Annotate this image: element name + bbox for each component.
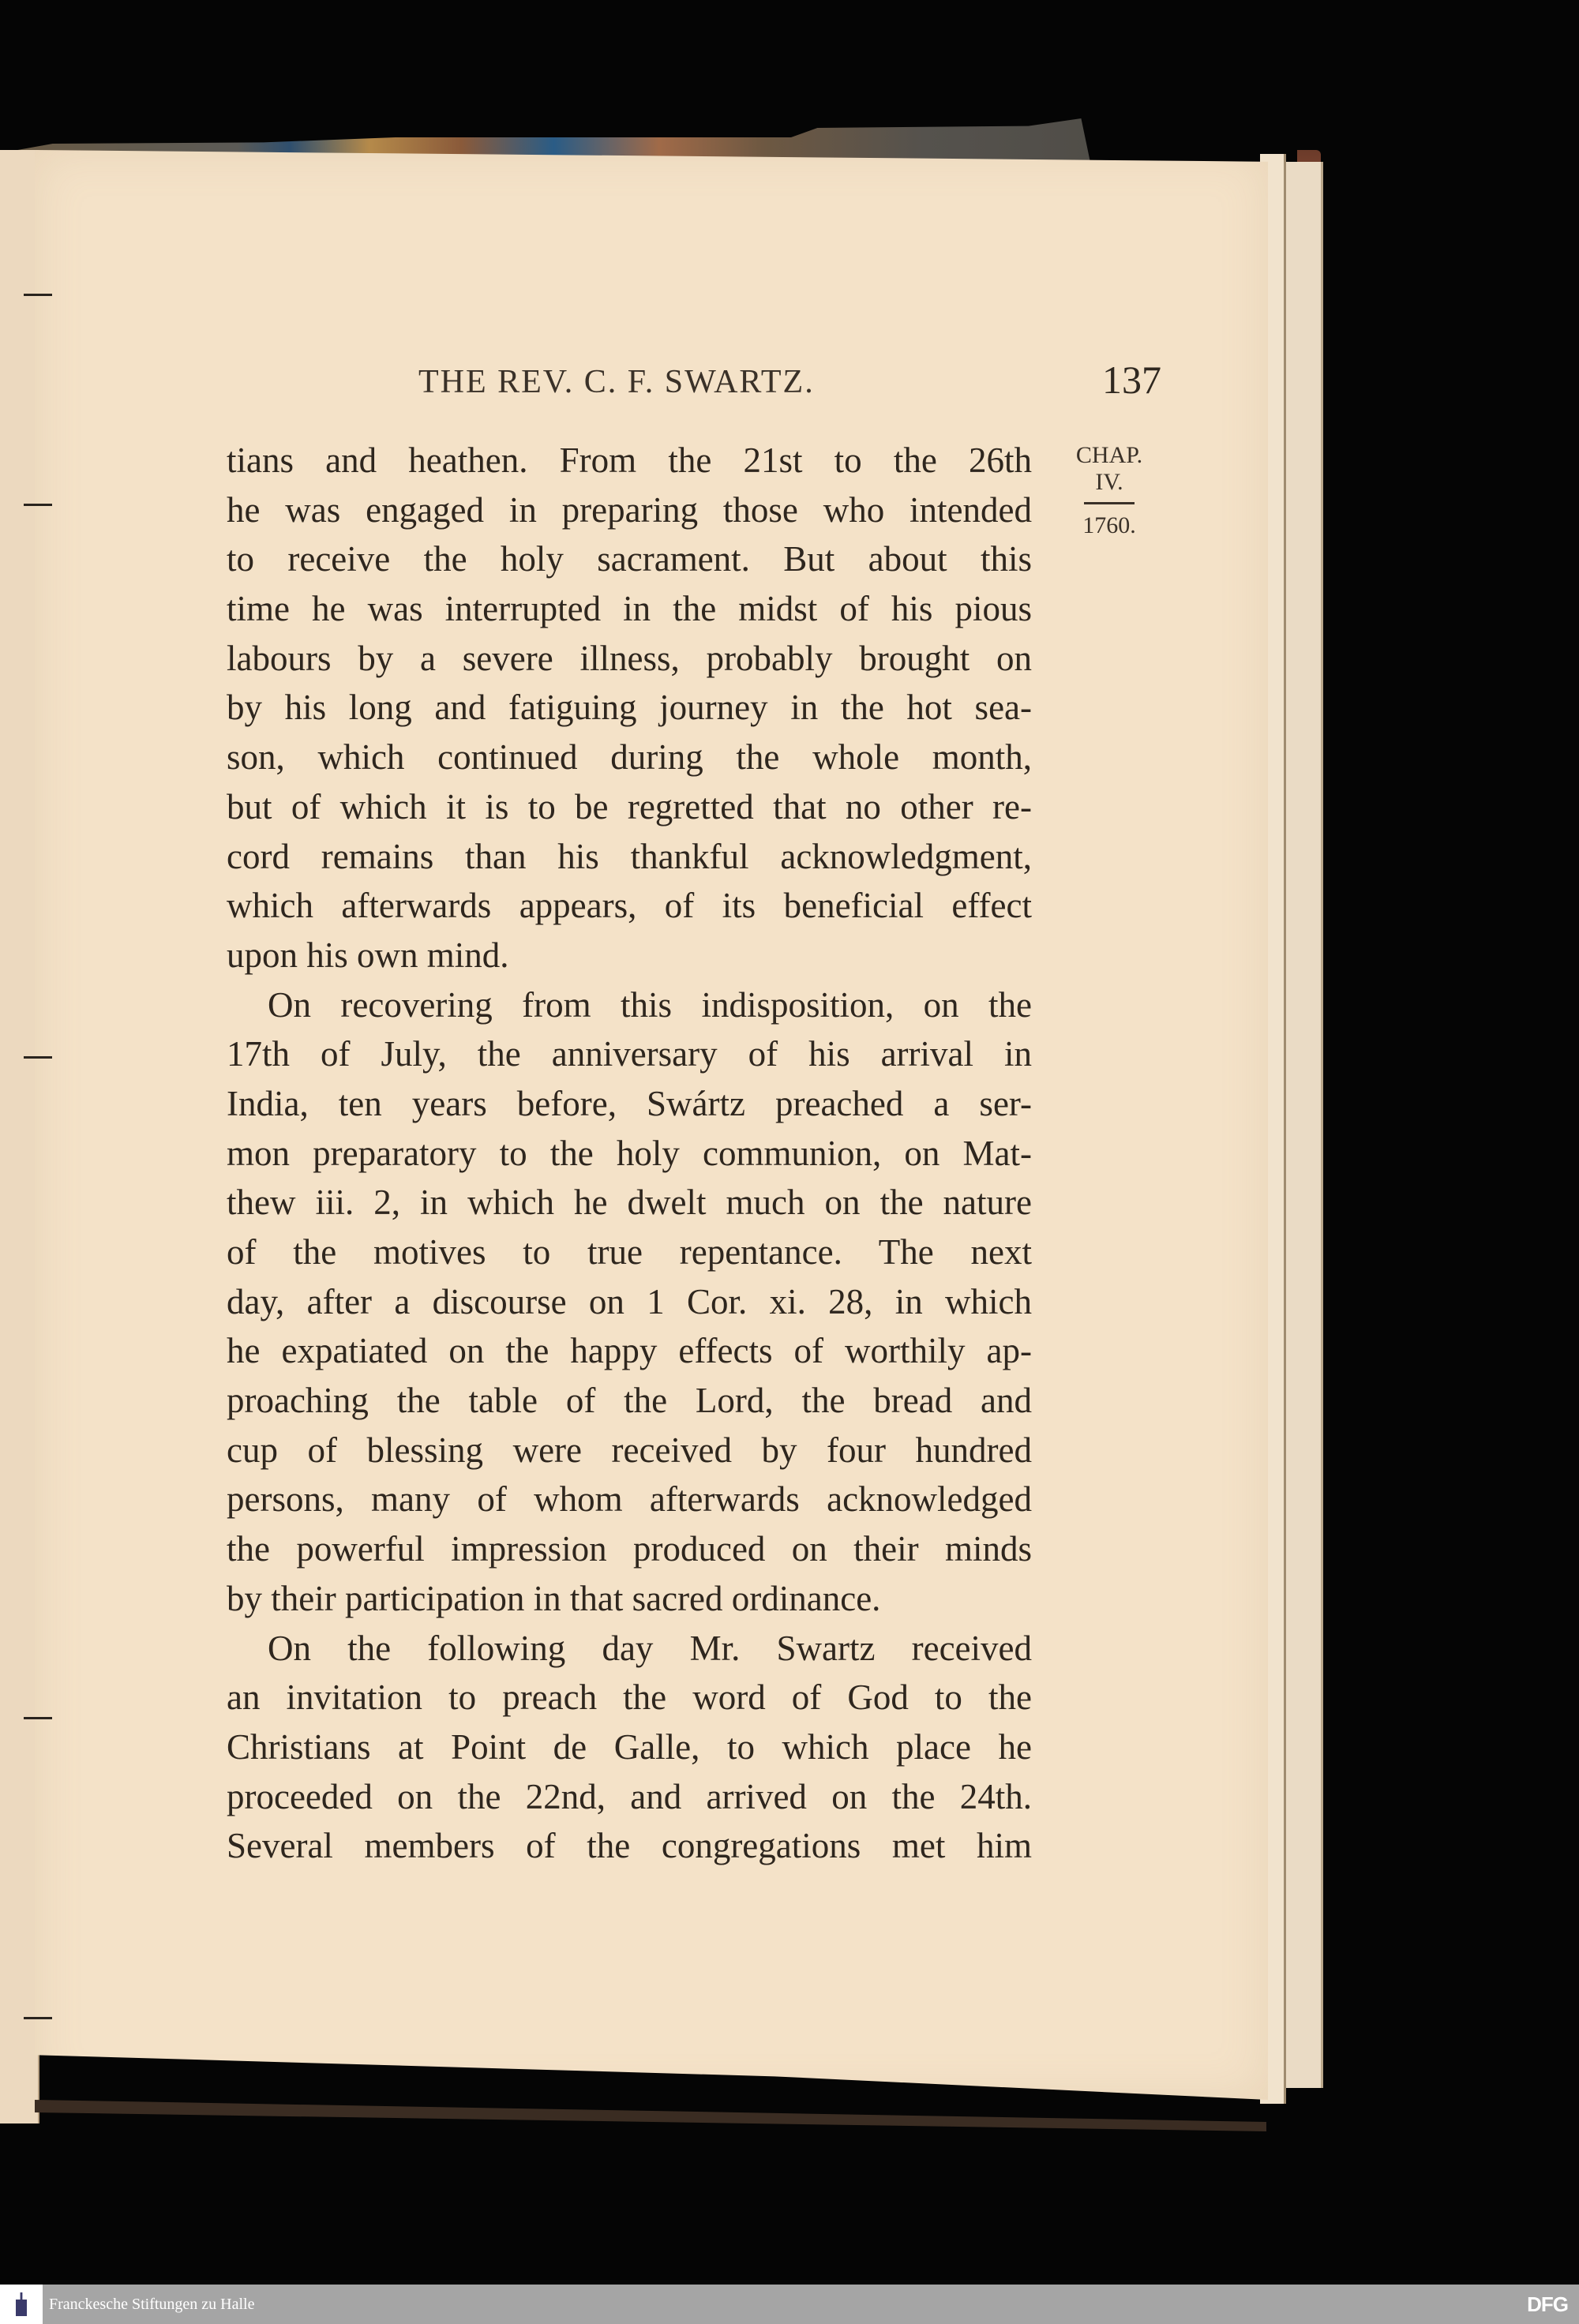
text-line: cup of blessing were received by four hu… [227,1426,1032,1475]
chapter-number: IV. [1058,469,1161,496]
chapter-label: CHAP. [1058,442,1161,469]
binding-stitch [24,2017,52,2019]
margin-rule [1084,502,1135,504]
institution-name[interactable]: Franckesche Stiftungen zu Halle [49,2296,254,2314]
paragraph-start-line: On the following day Mr. Swartz received [227,1624,1032,1674]
text-line: tians and heathen. From the 21st to the … [227,436,1032,485]
text-line: upon his own mind. [227,931,1032,980]
text-line: thew iii. 2, in which he dwelt much on t… [227,1178,1032,1228]
text-line: by their participation in that sacred or… [227,1574,1032,1624]
text-line: proaching the table of the Lord, the bre… [227,1376,1032,1426]
tower-icon [16,2292,27,2316]
text-line: son, which continued during the whole mo… [227,733,1032,782]
text-line: which afterwards appears, of its benefic… [227,881,1032,931]
text-line: time he was interrupted in the midst of … [227,584,1032,634]
text-line: but of which it is to be regretted that … [227,782,1032,832]
text-line: persons, many of whom afterwards acknowl… [227,1475,1032,1524]
binding-stitch [24,1717,52,1719]
dfg-logo-icon[interactable]: DFG [1527,2292,1568,2317]
text-line: cord remains than his thankful acknowled… [227,832,1032,882]
text-line: by his long and fatiguing journey in the… [227,683,1032,733]
margin-year: 1760. [1058,512,1161,539]
binding-stitch [24,504,52,506]
binding-stitch [24,294,52,296]
viewer-footer-bar: Franckesche Stiftungen zu Halle DFG [0,2285,1579,2324]
text-line: he was engaged in preparing those who in… [227,485,1032,535]
paragraph-start-line: On recovering from this indisposition, o… [227,980,1032,1030]
running-head: THE REV. C. F. SWARTZ. [418,363,815,401]
text-line: of the motives to true repentance. The n… [227,1228,1032,1277]
margin-note: CHAP. IV. 1760. [1058,442,1161,539]
text-line: day, after a discourse on 1 Cor. xi. 28,… [227,1277,1032,1327]
text-line: 17th of July, the anniversary of his arr… [227,1029,1032,1079]
text-line: he expatiated on the happy effects of wo… [227,1326,1032,1376]
cover-bottom-edge [35,2100,1266,2131]
page-number: 137 [1102,357,1161,403]
text-line: mon preparatory to the holy communion, o… [227,1129,1032,1179]
text-line: Several members of the congregations met… [227,1821,1032,1871]
text-line: Christians at Point de Galle, to which p… [227,1722,1032,1772]
text-line: labours by a severe illness, probably br… [227,634,1032,684]
text-line: an invitation to preach the word of God … [227,1673,1032,1722]
text-line: proceeded on the 22nd, and arrived on th… [227,1772,1032,1822]
binding-stitch [24,1056,52,1059]
facing-page-edge [0,150,39,2123]
text-line: India, ten years before, Swártz preached… [227,1079,1032,1129]
text-line: the powerful impression produced on thei… [227,1524,1032,1574]
institution-credit: Franckesche Stiftungen zu Halle [0,2285,254,2324]
text-line: to receive the holy sacrament. But about… [227,534,1032,584]
body-text: tians and heathen. From the 21st to the … [227,436,1032,1871]
franckesche-stiftungen-logo-icon[interactable] [0,2285,43,2324]
